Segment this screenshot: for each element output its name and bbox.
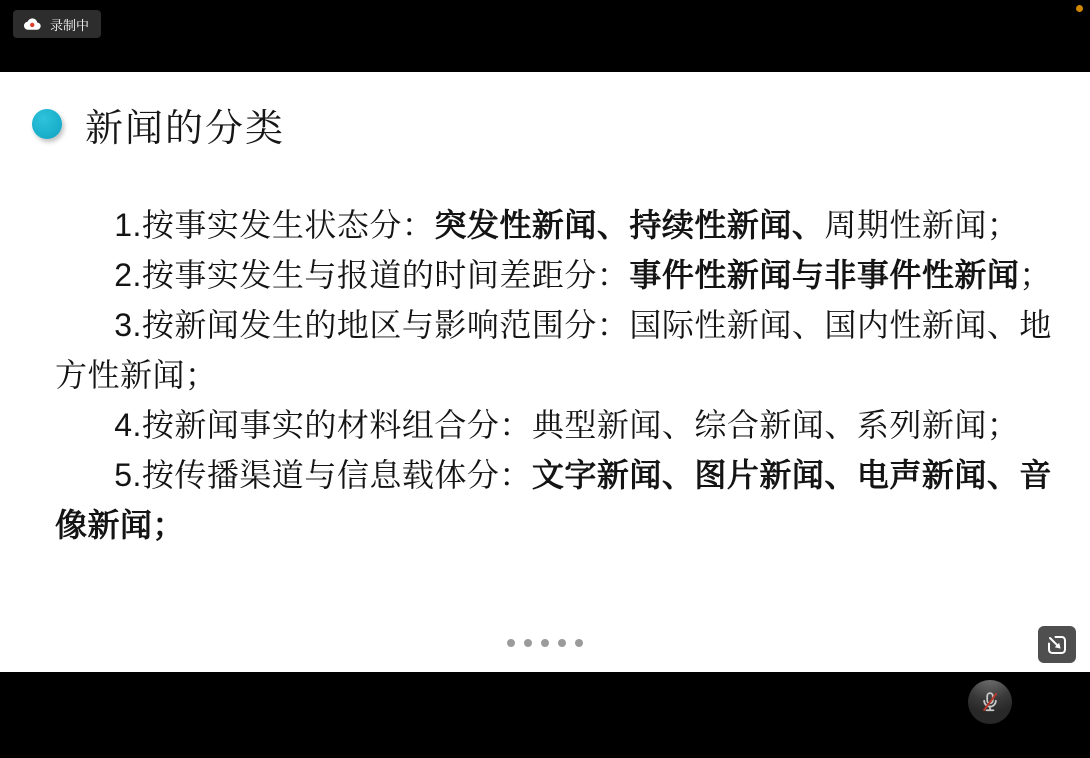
status-dot [1076,5,1083,12]
slide-paragraph: 3.按新闻发生的地区与影响范围分：国际性新闻、国内性新闻、地方性新闻； [55,300,1055,400]
slide-title: 新闻的分类 [85,97,285,152]
pagination-dot [558,639,566,647]
mic-button[interactable] [968,680,1012,724]
annotation-arrow-icon [1045,633,1069,657]
mic-muted-icon [977,689,1003,715]
text-segment: 突发性新闻、持续性新闻、 [434,207,824,243]
text-segment: 周期性新闻； [824,207,1019,243]
slide-paragraph: 2.按事实发生与报道的时间差距分：事件性新闻与非事件性新闻； [55,250,1055,300]
text-segment: 4.按新闻事实的材料组合分：典型新闻、综合新闻、系列新闻； [114,407,1019,443]
pagination-dot [507,639,515,647]
slide-paragraph: 1.按事实发生状态分：突发性新闻、持续性新闻、周期性新闻； [55,200,1055,250]
slide-paragraph: 5.按传播渠道与信息载体分：文字新闻、图片新闻、电声新闻、音像新闻； [55,450,1055,550]
annotation-button[interactable] [1038,626,1076,663]
text-segment: 5.按传播渠道与信息载体分： [114,457,532,493]
title-bullet-icon [32,109,62,139]
recording-badge[interactable]: 录制中 [13,10,101,38]
slide-area: 新闻的分类 1.按事实发生状态分：突发性新闻、持续性新闻、周期性新闻；2.按事实… [0,72,1090,672]
pagination-dot [541,639,549,647]
text-segment: 1.按事实发生状态分： [114,207,434,243]
top-bar: 录制中 [0,0,1090,72]
title-row: 新闻的分类 [32,96,285,152]
slide-content: 1.按事实发生状态分：突发性新闻、持续性新闻、周期性新闻；2.按事实发生与报道的… [55,200,1055,550]
text-segment: ； [1019,257,1052,293]
pagination-dot [524,639,532,647]
text-segment: 事件性新闻与非事件性新闻 [629,257,1019,293]
slide-paragraph: 4.按新闻事实的材料组合分：典型新闻、综合新闻、系列新闻； [55,400,1055,450]
text-segment: 3.按新闻发生的地区与影响范围分：国际性新闻、国内性新闻、地方性新闻； [55,307,1052,393]
pagination-dots [507,639,583,647]
cloud-record-icon [23,17,42,31]
recording-badge-label: 录制中 [50,15,89,34]
text-segment: 2.按事实发生与报道的时间差距分： [114,257,629,293]
pagination-dot [575,639,583,647]
